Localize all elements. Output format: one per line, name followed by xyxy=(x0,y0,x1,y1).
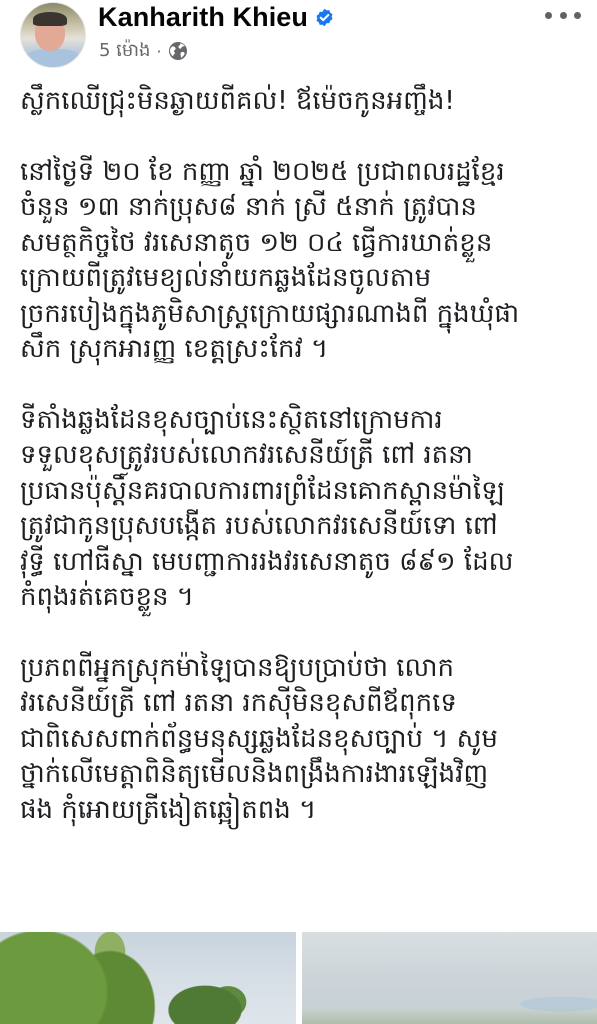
more-dot-icon xyxy=(545,12,552,19)
more-dot-icon xyxy=(574,12,581,19)
globe-icon[interactable] xyxy=(168,41,188,61)
author-name[interactable]: Kanharith Khieu xyxy=(98,2,308,33)
post-timestamp[interactable]: 5 ម៉ោង xyxy=(99,38,150,65)
more-dot-icon xyxy=(560,12,567,19)
meta-separator: · xyxy=(156,42,161,61)
post-meta: 5 ម៉ោង · xyxy=(99,38,188,64)
post-body: ស្លឹកឈើជ្រុះមិនឆ្ងាយពីគល់! ឪម៉េចកូនអញ្ចឹ… xyxy=(20,84,585,863)
post-paragraph: ប្រភពពីអ្នកស្រុកម៉ាឡៃបានឱ្យបប្រាប់ថា លោក… xyxy=(20,651,585,829)
post-photo-grid xyxy=(0,932,597,1024)
post-photo-2[interactable] xyxy=(302,932,597,1024)
author-avatar[interactable] xyxy=(20,2,86,68)
avatar-hair xyxy=(33,12,67,26)
post-header: Kanharith Khieu 5 ម៉ោង · xyxy=(0,0,597,72)
post-photo-1[interactable] xyxy=(0,932,296,1024)
post-title: ស្លឹកឈើជ្រុះមិនឆ្ងាយពីគល់! ឪម៉េចកូនអញ្ចឹ… xyxy=(20,84,585,120)
post-paragraph: ទីតាំងឆ្លងដែនខុសច្បាប់នេះស្ថិតនៅក្រោមការ… xyxy=(20,403,585,616)
verified-badge-icon xyxy=(315,8,334,27)
author-name-row: Kanharith Khieu xyxy=(98,0,334,34)
more-options-button[interactable] xyxy=(545,4,581,26)
avatar-shirt xyxy=(25,49,81,68)
post-paragraph: នៅថ្ងៃទី ២០ ខែ កញ្ញា ឆ្នាំ ២០២៥ ប្រជាពលរ… xyxy=(20,155,585,368)
